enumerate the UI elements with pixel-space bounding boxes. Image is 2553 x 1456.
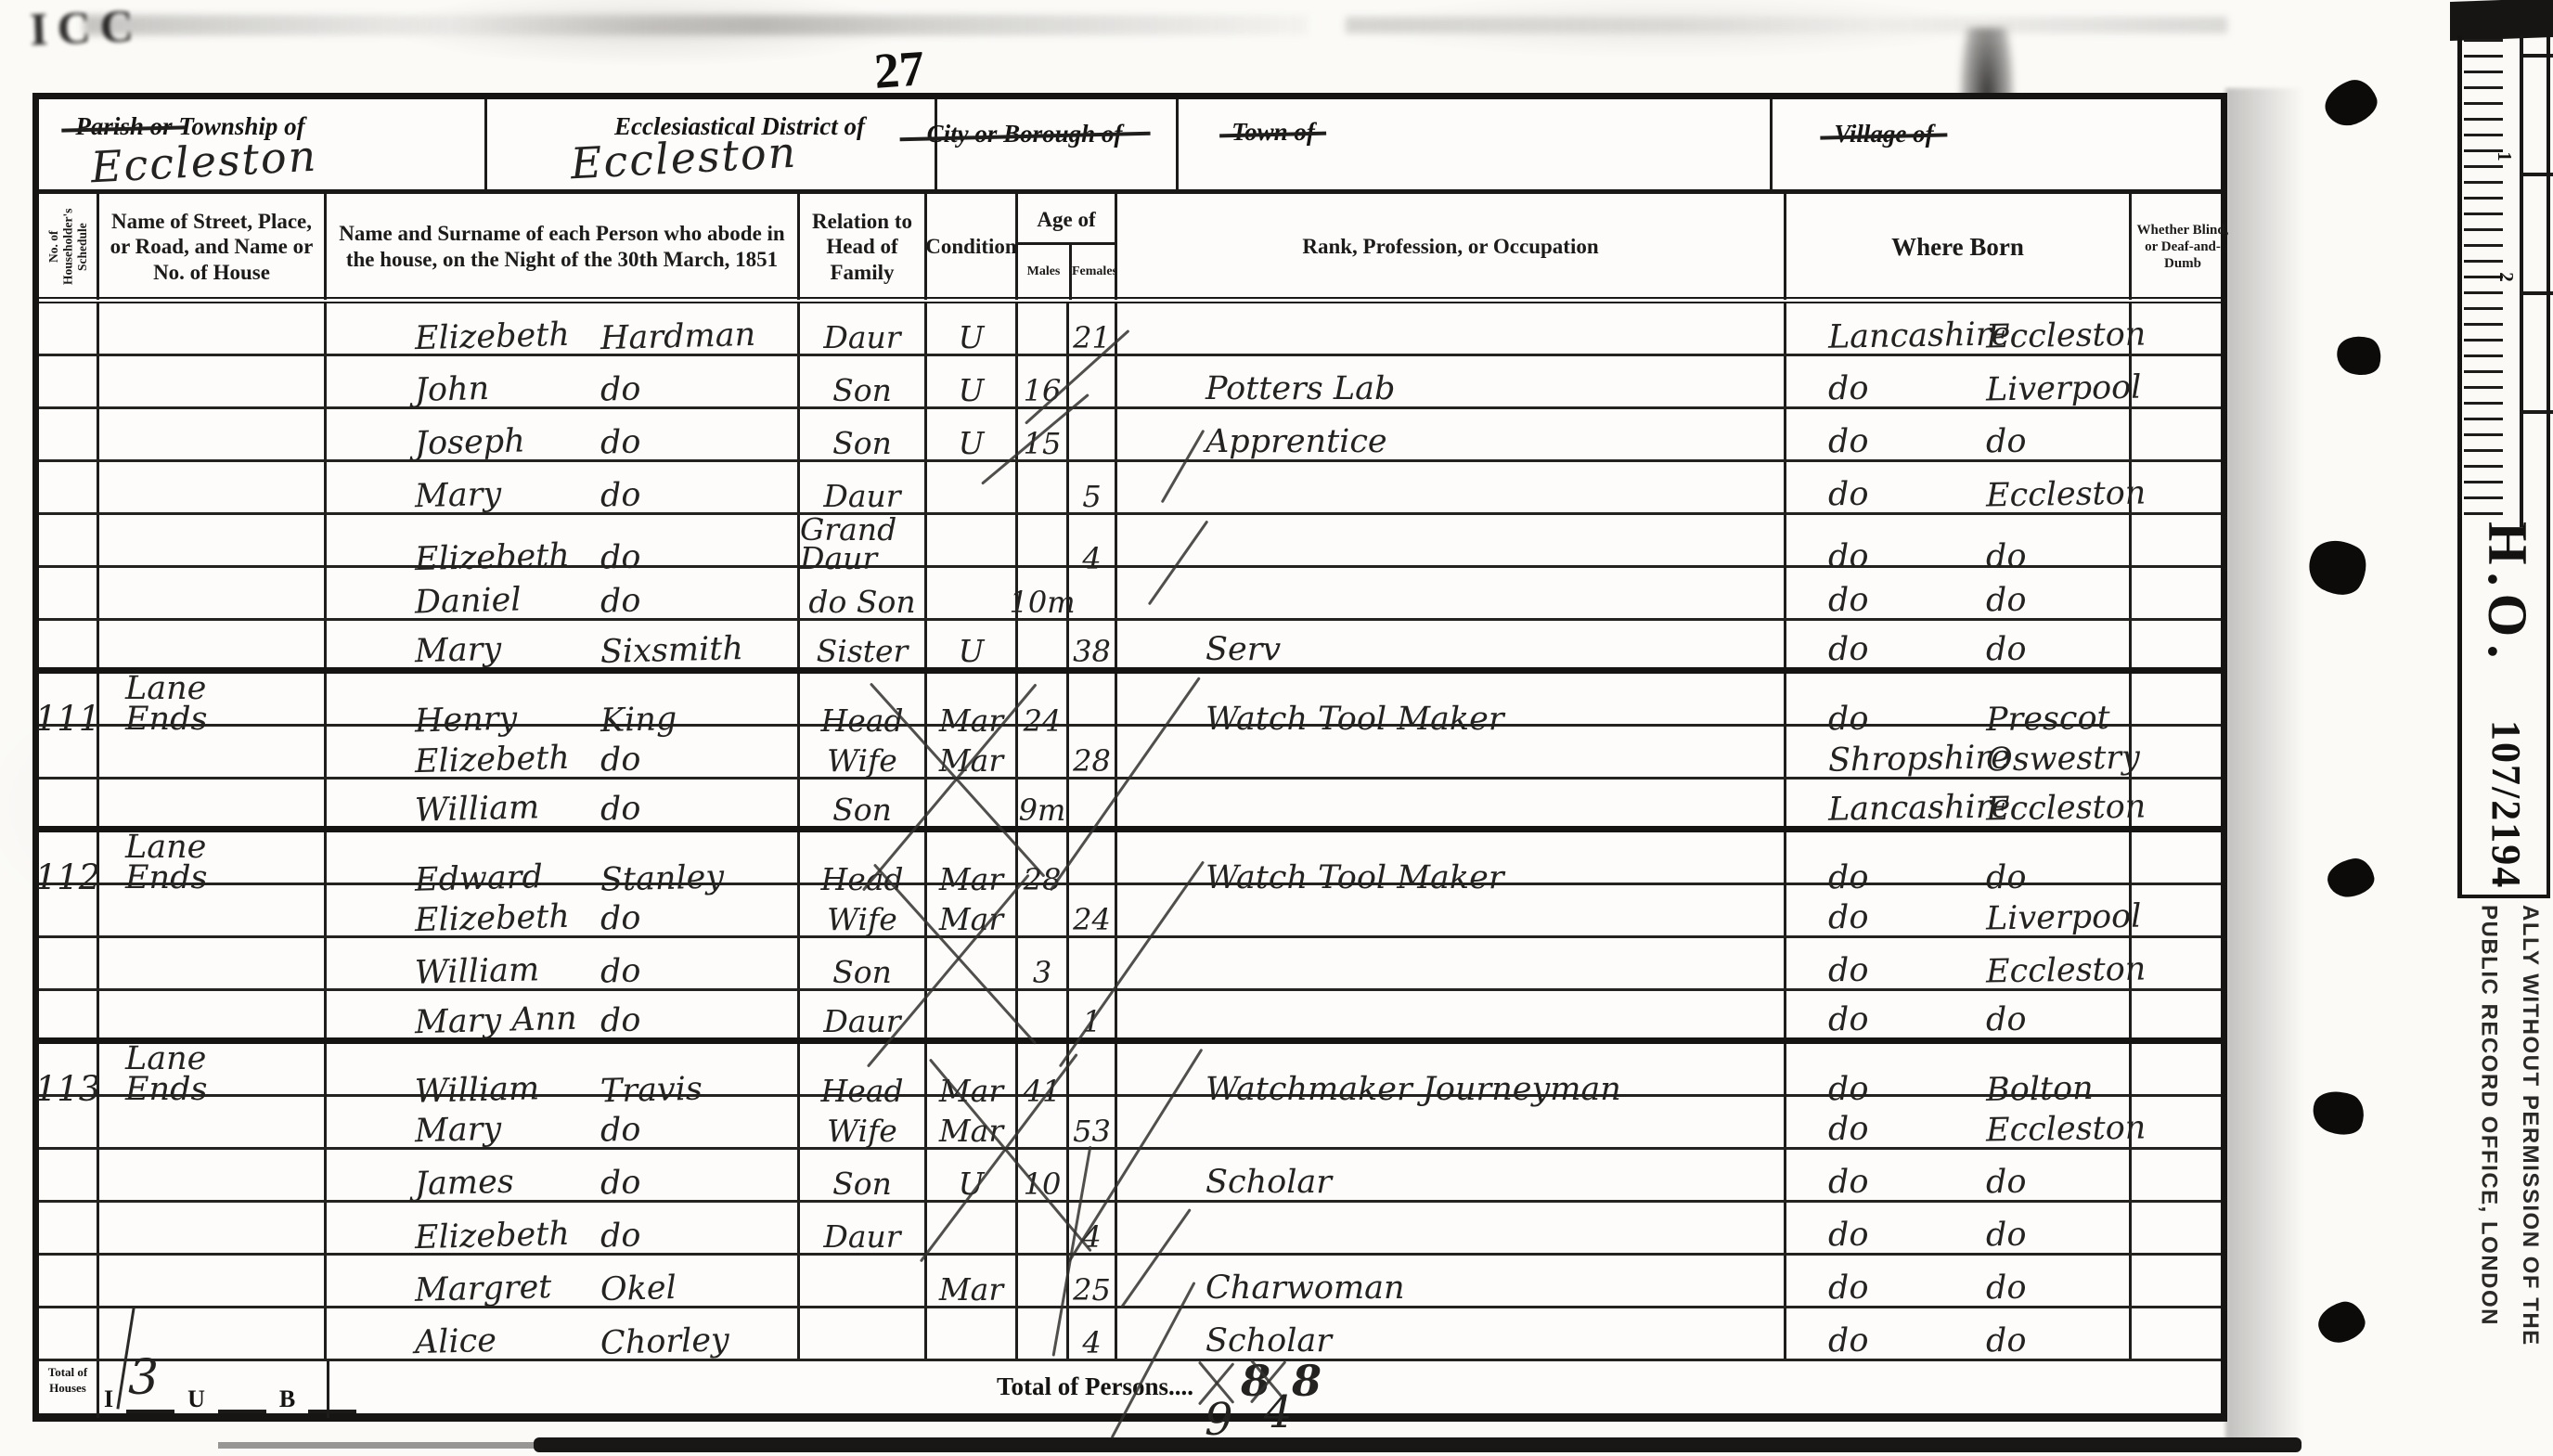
cell-age-female [1069, 409, 1117, 459]
table-row: Elizebeth do Wife Mar 24 do Liverpool [39, 885, 2221, 938]
born-county: do [1828, 1272, 1869, 1304]
column-header-occupation: Rank, Profession, or Occupation [1117, 194, 1786, 300]
cell-street [99, 1203, 327, 1253]
page-number: 27 [872, 39, 926, 100]
cell-age-male: 3 [1018, 938, 1069, 988]
table-row: Elizebeth do Wife Mar 28 Shropshire Oswe… [39, 727, 2221, 780]
cell-condition: U [927, 356, 1018, 406]
column-header-infirmity: Whether Blind, or Deaf-and-Dumb [2132, 194, 2234, 300]
cell-occupation [1117, 462, 1786, 512]
cell-schedule-number [39, 462, 99, 512]
born-place: Eccleston [1986, 954, 2147, 987]
cell-street [99, 938, 327, 988]
surname: do [600, 793, 641, 825]
cell-occupation: Serv [1117, 621, 1786, 667]
cell-schedule-number [39, 938, 99, 988]
cell-condition [927, 515, 1018, 575]
cell-person-name: Elizebeth do [327, 727, 800, 777]
ink-blot [2307, 1084, 2370, 1141]
given-name: William [415, 955, 540, 989]
given-name: Elizebeth [415, 902, 571, 937]
given-name: John [415, 374, 490, 406]
archive-reference-box: H.O. 107/2194 [2457, 527, 2550, 898]
ruler-number-2: 2 [2495, 272, 2518, 282]
cell-street [99, 356, 327, 406]
cell-schedule-number [39, 727, 99, 777]
cell-condition: Mar [927, 885, 1018, 935]
born-county: do [1828, 1114, 1869, 1145]
born-place: do [1986, 1219, 2027, 1251]
cell-street [99, 409, 327, 459]
cell-relation [800, 1256, 927, 1306]
born-county: do [1828, 585, 1869, 616]
notice-line-1: ALLY WITHOUT PERMISSION OF THE [2509, 905, 2550, 1456]
divider [1770, 99, 1773, 189]
cell-infirmity [2132, 780, 2234, 826]
total-of-houses-label: Total of Houses [39, 1361, 99, 1418]
born-county: Lancashire [1828, 319, 2011, 354]
ink-blot [2332, 331, 2385, 380]
cell-age-female: 25 [1069, 1256, 1117, 1306]
cell-relation: Son [800, 409, 927, 459]
cell-infirmity [2132, 356, 2234, 406]
cell-person-name: James do [327, 1150, 800, 1200]
given-name: Mary Ann [415, 1003, 578, 1038]
ink-blot [2300, 529, 2377, 604]
cell-person-name: Elizebeth do [327, 885, 800, 935]
inhabited-letter: I [104, 1385, 113, 1413]
cell-age-female: 4 [1069, 1308, 1117, 1359]
cell-schedule-number [39, 303, 99, 354]
table-row: Elizebeth do Grand Daur 4 do do [39, 515, 2221, 568]
village-label: Village of [1834, 120, 1933, 148]
cell-person-name: Mary do [327, 462, 800, 512]
surname: do [600, 1167, 641, 1199]
ruler-number-1: 1 [2493, 151, 2516, 161]
table-row: Mary do Daur 5 do Eccleston [39, 462, 2221, 515]
divider [484, 99, 487, 189]
surname: do [600, 1220, 641, 1252]
census-form-table: Parish or Township of Eccleston Ecclesia… [32, 93, 2227, 1422]
column-header-street: Name of Street, Place, or Road, and Name… [99, 194, 327, 300]
given-name: Mary [415, 635, 502, 668]
cell-infirmity [2132, 727, 2234, 777]
table-row: John do Son U 16 Potters Lab do Liverpoo… [39, 356, 2221, 409]
cell-relation: do Son [800, 568, 927, 618]
cell-person-name: Mary Sixsmith [327, 621, 800, 667]
cell-infirmity [2132, 938, 2234, 988]
cell-occupation: Scholar [1117, 1308, 1786, 1359]
born-county: do [1828, 1219, 1869, 1251]
cell-age-female: 53 [1069, 1097, 1117, 1147]
surname: do [600, 1005, 641, 1037]
column-header-age: Age of Males Females [1018, 194, 1117, 300]
cell-schedule-number [39, 1097, 99, 1147]
cell-age-female [1069, 568, 1117, 618]
cell-schedule-number [39, 991, 99, 1037]
cell-age-male [1018, 1203, 1069, 1253]
top-smudge-streak [84, 15, 1309, 35]
given-name: William [415, 792, 540, 827]
given-name: Mary [415, 1115, 502, 1148]
table-row: Margret Okel Mar 25 Charwoman do do [39, 1256, 2221, 1308]
surname: do [600, 1115, 641, 1146]
cell-relation: Son [800, 938, 927, 988]
column-header-where-born: Where Born [1786, 194, 2132, 300]
cell-person-name: Mary Ann do [327, 991, 800, 1037]
cell-schedule-number [39, 568, 99, 618]
cell-occupation: Charwoman [1117, 1256, 1786, 1306]
cell-infirmity [2132, 568, 2234, 618]
cell-where-born: do Eccleston [1786, 1097, 2132, 1147]
born-place: Liverpool [1986, 372, 2142, 406]
cell-where-born: do Liverpool [1786, 356, 2132, 406]
top-smudge-streak-2 [1346, 17, 2227, 33]
census-rows: Elizebeth Hardman Daur U 21 Lancashire E… [39, 303, 2221, 1361]
heading-city-borough: City or Borough of [927, 120, 1123, 148]
cell-relation [800, 1308, 927, 1359]
rule-line [218, 1406, 266, 1413]
cell-street [99, 727, 327, 777]
table-row: Mary Sixsmith Sister U 38 Serv do do [39, 621, 2221, 674]
cell-occupation [1117, 780, 1786, 826]
cell-condition: Mar [927, 727, 1018, 777]
cell-age-male [1018, 621, 1069, 667]
cell-relation: Wife [800, 727, 927, 777]
scan-bottom-band-2 [218, 1442, 538, 1449]
born-place: do [1986, 1004, 2027, 1036]
cell-person-name: Elizebeth do [327, 515, 800, 575]
cell-where-born: do do [1786, 1308, 2132, 1359]
cell-infirmity [2132, 621, 2234, 667]
cell-street [99, 991, 327, 1037]
surname: do [600, 480, 641, 511]
ink-blot [2325, 856, 2377, 900]
surname: Sixsmith [600, 634, 744, 668]
table-row: Mary Ann do Daur 1 do do [39, 991, 2221, 1044]
cell-age-female: 4 [1069, 515, 1117, 575]
cell-schedule-number [39, 1203, 99, 1253]
born-county: do [1828, 426, 1869, 457]
given-name: Margret [415, 1272, 552, 1307]
rule-line [126, 1406, 174, 1413]
born-county: do [1828, 1004, 1869, 1036]
cell-occupation: Scholar [1117, 1150, 1786, 1200]
column-headers-band: No. of Householder's Schedule Name of St… [39, 194, 2221, 303]
cell-person-name: Margret Okel [327, 1256, 800, 1306]
cell-person-name: Joseph do [327, 409, 800, 459]
cell-where-born: Shropshire Oswestry [1786, 727, 2132, 777]
ruler-edge [2547, 35, 2550, 527]
heading-village: Village of [1834, 120, 1933, 148]
cell-relation: Son [800, 356, 927, 406]
cell-person-name: William do [327, 938, 800, 988]
table-row: Elizebeth do Daur 4 do do [39, 1203, 2221, 1256]
cell-condition [927, 462, 1018, 512]
cell-schedule-number [39, 409, 99, 459]
amended-total-left: 9 [1205, 1394, 1233, 1446]
cell-age-male [1018, 462, 1069, 512]
column-header-condition: Condition [927, 194, 1018, 300]
cell-where-born: do Eccleston [1786, 938, 2132, 988]
given-name: Daniel [415, 585, 522, 618]
cell-street [99, 1256, 327, 1306]
place-headings-band: Parish or Township of Eccleston Ecclesia… [39, 99, 2221, 194]
cell-relation: Daur [800, 303, 927, 354]
table-row: Joseph do Son U 15 Apprentice do do [39, 409, 2221, 462]
cell-relation: Daur [800, 462, 927, 512]
cell-schedule-number [39, 885, 99, 935]
cell-age-male: 16 [1018, 356, 1069, 406]
cell-street [99, 621, 327, 667]
given-name: James [415, 1166, 515, 1200]
cell-age-male [1018, 727, 1069, 777]
census-page-scan: ICC 27 Parish or Township of Eccleston E… [0, 0, 2553, 1456]
cell-age-male: 9m [1018, 780, 1069, 826]
cell-person-name: John do [327, 356, 800, 406]
age-of-label: Age of [1018, 194, 1115, 245]
cell-condition: U [927, 621, 1018, 667]
cell-where-born: do do [1786, 1203, 2132, 1253]
cell-age-male [1018, 515, 1069, 575]
table-row: Daniel do do Son 10m do do [39, 568, 2221, 621]
born-place: Eccleston [1986, 792, 2147, 825]
cell-relation: Daur [800, 991, 927, 1037]
cell-street [99, 780, 327, 826]
table-row: Alice Chorley 4 Scholar do do [39, 1308, 2221, 1361]
parish-township-value: Eccleston [90, 131, 319, 193]
born-place: do [1986, 585, 2027, 616]
born-place: Eccleston [1986, 1113, 2147, 1146]
cell-relation: Grand Daur [800, 515, 927, 575]
cell-where-born: do do [1786, 991, 2132, 1037]
given-name: Elizebeth [415, 320, 571, 355]
cell-person-name: Elizebeth Hardman [327, 303, 800, 354]
born-county: do [1828, 479, 1869, 510]
cell-condition: U [927, 303, 1018, 354]
cell-street [99, 568, 327, 618]
males-subheader: Males [1018, 245, 1069, 300]
age-subcolumns: Males Females [1018, 245, 1115, 300]
cell-age-female [1069, 938, 1117, 988]
table-row: 113 Lane Ends William Travis Head Mar 41… [39, 1044, 2221, 1097]
cell-infirmity [2132, 1308, 2234, 1359]
column-header-schedule: No. of Householder's Schedule [39, 194, 99, 300]
born-county: do [1828, 373, 1869, 405]
cell-occupation [1117, 727, 1786, 777]
cell-occupation [1117, 1097, 1786, 1147]
cell-where-born: do do [1786, 621, 2132, 667]
cell-where-born: do do [1786, 409, 2132, 459]
born-county: do [1828, 955, 1869, 986]
given-name: Alice [415, 1326, 497, 1359]
females-total-value: 8 [1292, 1356, 1322, 1406]
surname: do [600, 586, 641, 617]
given-name: Elizebeth [415, 743, 571, 779]
cell-infirmity [2132, 462, 2234, 512]
cell-occupation [1117, 515, 1786, 575]
table-row: James do Son U 10 Scholar do do [39, 1150, 2221, 1203]
table-row: 111 Lane Ends Henry King Head Mar 24 Wat… [39, 674, 2221, 727]
surname: Hardman [600, 320, 756, 355]
cell-infirmity [2132, 885, 2234, 935]
total-of-persons-label: Total of Persons.... [997, 1372, 1193, 1401]
surname: Chorley [600, 1325, 730, 1359]
total-houses-value: 3 [128, 1350, 159, 1406]
table-row: Elizebeth Hardman Daur U 21 Lancashire E… [39, 303, 2221, 356]
cell-condition: U [927, 409, 1018, 459]
cell-infirmity [2132, 991, 2234, 1037]
cell-relation: Wife [800, 885, 927, 935]
cell-where-born: do Eccleston [1786, 462, 2132, 512]
born-county: Lancashire [1828, 792, 2011, 826]
cell-where-born: Lancashire Eccleston [1786, 303, 2132, 354]
cell-occupation [1117, 1203, 1786, 1253]
building-letter: B [279, 1385, 295, 1413]
column-header-name: Name and Surname of each Person who abod… [327, 194, 800, 300]
born-place: do [1986, 1272, 2027, 1304]
born-place: Eccleston [1986, 478, 2147, 511]
cell-schedule-number [39, 515, 99, 575]
cell-schedule-number [39, 356, 99, 406]
born-county: Shropshire [1828, 742, 2010, 777]
born-place: Oswestry [1986, 742, 2140, 776]
cell-street [99, 515, 327, 575]
cell-age-male: 10m [1018, 568, 1069, 618]
cell-occupation [1117, 991, 1786, 1037]
cell-person-name: William do [327, 780, 800, 826]
column-header-relation: Relation to Head of Family [800, 194, 927, 300]
cell-age-female: 38 [1069, 621, 1117, 667]
cell-relation: Son [800, 1150, 927, 1200]
cell-person-name: Mary do [327, 1097, 800, 1147]
cell-where-born: do do [1786, 515, 2132, 575]
surname: Okel [600, 1273, 677, 1306]
cell-where-born: do do [1786, 1150, 2132, 1200]
born-place: do [1986, 426, 2027, 457]
surname: do [600, 903, 641, 934]
cell-schedule-number [39, 1256, 99, 1306]
cell-schedule-number [39, 621, 99, 667]
cell-occupation [1117, 303, 1786, 354]
cell-where-born: Lancashire Eccleston [1786, 780, 2132, 826]
cell-street [99, 1150, 327, 1200]
piece-reference-stamp: 107/2194 [2482, 720, 2530, 889]
reproduction-notice: ALLY WITHOUT PERMISSION OF THE PUBLIC RE… [2465, 905, 2550, 1456]
cell-relation: Wife [800, 1097, 927, 1147]
cell-person-name: Elizebeth do [327, 1203, 800, 1253]
struck-parish-word: Parish or [75, 112, 172, 140]
cell-relation: Son [800, 780, 927, 826]
cell-infirmity [2132, 1256, 2234, 1306]
rule-line [308, 1406, 356, 1413]
amended-total-right: 4 [1264, 1386, 1293, 1438]
cell-condition [927, 568, 1018, 618]
archive-ruler: 1 2 [2457, 35, 2550, 527]
given-name: Elizebeth [415, 1219, 571, 1255]
born-county: do [1828, 902, 1869, 934]
cell-street [99, 303, 327, 354]
cell-condition [927, 991, 1018, 1037]
cell-schedule-number [39, 780, 99, 826]
born-place: do [1986, 1166, 2027, 1198]
cell-condition: Mar [927, 1097, 1018, 1147]
table-row: 112 Lane Ends Edward Stanley Head Mar 28… [39, 832, 2221, 885]
ink-blot [2314, 1297, 2368, 1347]
born-county: do [1828, 1166, 1869, 1198]
cell-infirmity [2132, 1150, 2234, 1200]
divider [1176, 99, 1179, 189]
ink-blot [2319, 74, 2382, 132]
cell-age-male [1018, 303, 1069, 354]
born-place: Eccleston [1986, 319, 2147, 353]
cell-age-female: 1 [1069, 991, 1117, 1037]
cell-schedule-number [39, 1150, 99, 1200]
schedule-header-text: No. of Householder's Schedule [46, 198, 90, 296]
cell-relation: Sister [800, 621, 927, 667]
cell-relation: Daur [800, 1203, 927, 1253]
given-name: Mary [415, 480, 502, 513]
born-county: do [1828, 634, 1869, 665]
ho-stamp: H.O. [2475, 522, 2539, 665]
cell-age-female: 5 [1069, 462, 1117, 512]
born-place: Liverpool [1986, 901, 2142, 934]
scan-bottom-band [534, 1437, 2302, 1452]
cell-infirmity [2132, 1203, 2234, 1253]
cell-infirmity [2132, 409, 2234, 459]
surname: do [600, 427, 641, 458]
cell-schedule-number [39, 1308, 99, 1359]
cell-where-born: do do [1786, 568, 2132, 618]
town-label: Town of [1231, 118, 1315, 146]
cell-infirmity [2132, 1097, 2234, 1147]
cell-age-female: 24 [1069, 885, 1117, 935]
cell-condition [927, 1203, 1018, 1253]
heading-town: Town of [1231, 118, 1315, 147]
cell-where-born: do Liverpool [1786, 885, 2132, 935]
cell-occupation [1117, 885, 1786, 935]
cell-age-female: 28 [1069, 727, 1117, 777]
cell-street [99, 1097, 327, 1147]
surname: do [600, 744, 641, 776]
given-name: Joseph [415, 426, 526, 459]
cell-condition: Mar [927, 1256, 1018, 1306]
corner-stamp-mark: ICC [29, 0, 144, 56]
totals-band: Total of Houses I U B 3 Total of Persons… [39, 1361, 2221, 1418]
born-place: do [1986, 634, 2027, 665]
cell-occupation: Potters Lab [1117, 356, 1786, 406]
table-row: William do Son 9m Lancashire Eccleston [39, 780, 2221, 832]
cell-infirmity [2132, 515, 2234, 575]
surname: do [600, 956, 641, 987]
cell-occupation [1117, 568, 1786, 618]
ecclesiastical-district-value: Eccleston [570, 127, 799, 189]
born-place: do [1986, 1325, 2027, 1357]
surname: do [600, 374, 641, 406]
cell-condition [927, 780, 1018, 826]
cell-occupation: Apprentice [1117, 409, 1786, 459]
females-subheader: Females [1069, 245, 1117, 300]
cell-where-born: do do [1786, 1256, 2132, 1306]
cell-condition [927, 1308, 1018, 1359]
uninhabited-letter: U [187, 1385, 205, 1413]
cell-age-male [1018, 885, 1069, 935]
city-borough-label: City or Borough of [927, 120, 1123, 148]
scan-edge-shadow [2225, 88, 2304, 1443]
cell-person-name: Daniel do [327, 568, 800, 618]
born-county: do [1828, 1325, 1869, 1357]
cell-street [99, 885, 327, 935]
